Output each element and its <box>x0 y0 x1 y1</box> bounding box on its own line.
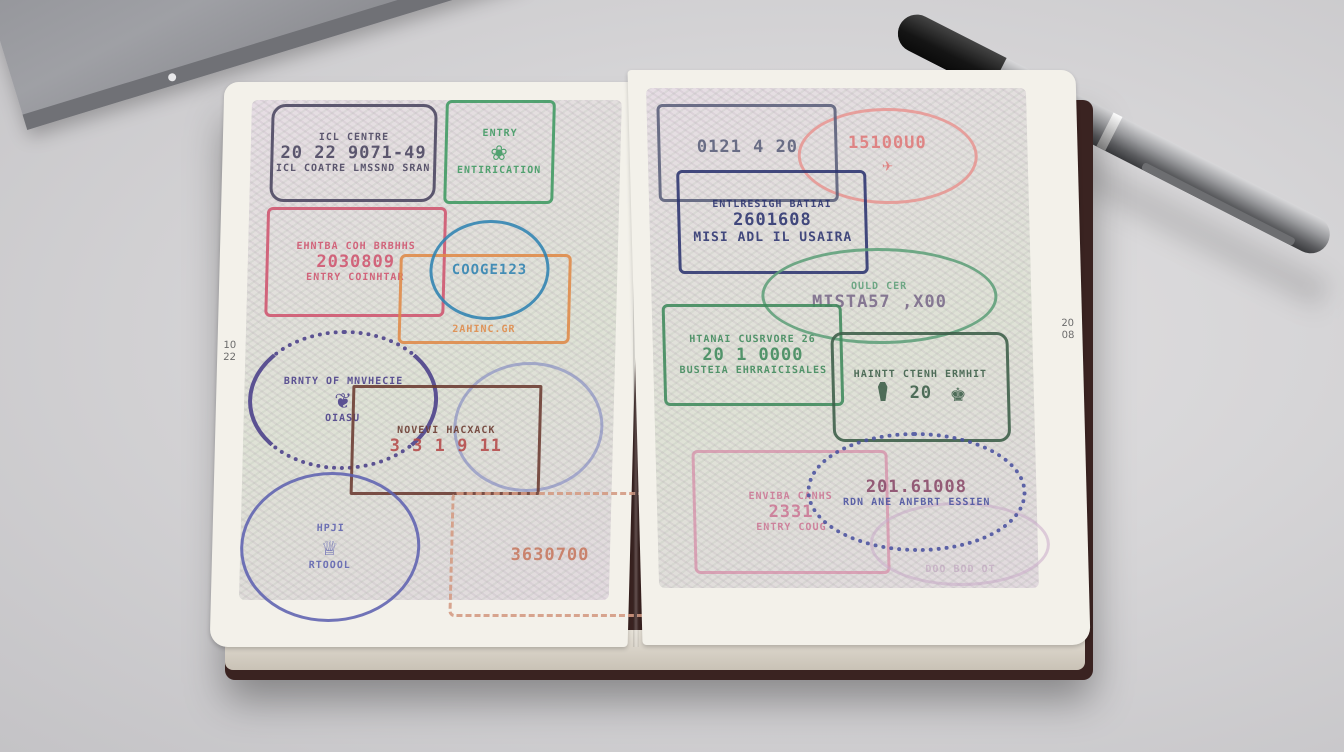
stamp-text: RDN ANE ANFBRT ESSIEN <box>843 497 991 508</box>
stamp-text: ENTRY COUG <box>756 522 827 533</box>
stamp-text: HTANAI CUSRVORE 26 <box>689 334 816 345</box>
stamp-number: 2601608 <box>733 210 812 230</box>
right-page: 20 08 15100U0 ✈ 0121 4 20 ENTLRESIGH BAT… <box>627 70 1090 645</box>
stamp-number: 3 3 1 9 11 <box>389 436 502 456</box>
page-number-line: 08 <box>1062 330 1075 342</box>
stamp-number: 20 <box>909 383 932 403</box>
stamp-number: 2030809 <box>316 252 395 272</box>
stamp-2: ENTRY ❀ ENTIRICATION <box>443 100 556 204</box>
stamp-1: ICL CENTRE 20 22 9071-49 ICL COATRE LMSS… <box>269 104 438 202</box>
stamp-text: EHNTBA COH BRBHHS <box>296 241 416 252</box>
kangaroo-emblem-icon: ❀ <box>491 139 508 165</box>
stamp-text: ICL COATRE LMSSND SRAN <box>276 163 431 174</box>
page-number-line: 10 <box>223 340 236 352</box>
stamp-text: RTOOOL <box>309 560 351 571</box>
stamp-text: HAINTT CTENH ERMHIT <box>854 369 988 380</box>
page-number-line: 20 <box>1061 318 1074 330</box>
stamp-15: HAINTT CTENH ERMHIT ⚰ 20 ♚ <box>830 332 1011 442</box>
stamp-text: OULD CER <box>851 281 907 292</box>
stamp-9: 3630700 <box>448 492 651 617</box>
stamp-text: NOVEVI HACXACK <box>397 425 496 436</box>
stamp-text: DOO BOD OT <box>925 564 996 575</box>
stamp-text: ENTIRICATION <box>457 165 542 176</box>
stamp-number: 20 22 9071-49 <box>280 143 427 163</box>
stamp-7: NOVEVI HACXACK 3 3 1 9 11 <box>350 385 543 495</box>
stamp-number: 3630700 <box>510 545 589 565</box>
passport: 10 22 ICL CENTRE 20 22 9071-49 ICL COATR… <box>215 70 1095 680</box>
stamp-17: 201.61008 RDN ANE ANFBRT ESSIEN <box>805 432 1028 552</box>
stamp-text: MISI ADL IL USAIRA <box>693 230 852 245</box>
stamp-text: 2AHINC.GR <box>452 324 515 335</box>
stamp-number: 20 1 0000 <box>702 345 804 365</box>
stamp-14: HTANAI CUSRVORE 26 20 1 0000 BUSTEIA EHR… <box>662 304 845 406</box>
airplane-icon: ✈ <box>882 153 895 179</box>
stamp-text: ENTLRESIGH BATIAI <box>712 199 832 210</box>
stamp-number: COOGE123 <box>452 262 528 278</box>
stamp-number: 0121 4 20 <box>697 137 799 157</box>
stamp-text: BUSTEIA EHRRAICISALES <box>679 365 827 376</box>
stamp-text: ENTRY COINHTAR <box>306 272 405 283</box>
stamp-number: 2331 <box>768 502 813 522</box>
page-number-right: 20 08 <box>1061 318 1074 342</box>
page-number-left: 10 22 <box>223 340 236 364</box>
urn-emblem-icon: ⚰ <box>875 380 892 406</box>
stamp-number: 15100U0 <box>848 133 927 153</box>
crown-emblem-icon: ♚ <box>950 380 967 406</box>
stamp-text: ICL CENTRE <box>319 132 390 143</box>
photo-scene: 10 22 ICL CENTRE 20 22 9071-49 ICL COATR… <box>0 0 1344 752</box>
stamp-number: 201.61008 <box>866 477 968 497</box>
left-page: 10 22 ICL CENTRE 20 22 9071-49 ICL COATR… <box>210 82 643 647</box>
crown-emblem-icon: ♕ <box>322 534 339 560</box>
fish-emblem-icon: ❦ <box>334 387 351 413</box>
stamp-emblem-row: ⚰ 20 ♚ <box>875 380 967 406</box>
page-number-line: 22 <box>223 352 236 364</box>
